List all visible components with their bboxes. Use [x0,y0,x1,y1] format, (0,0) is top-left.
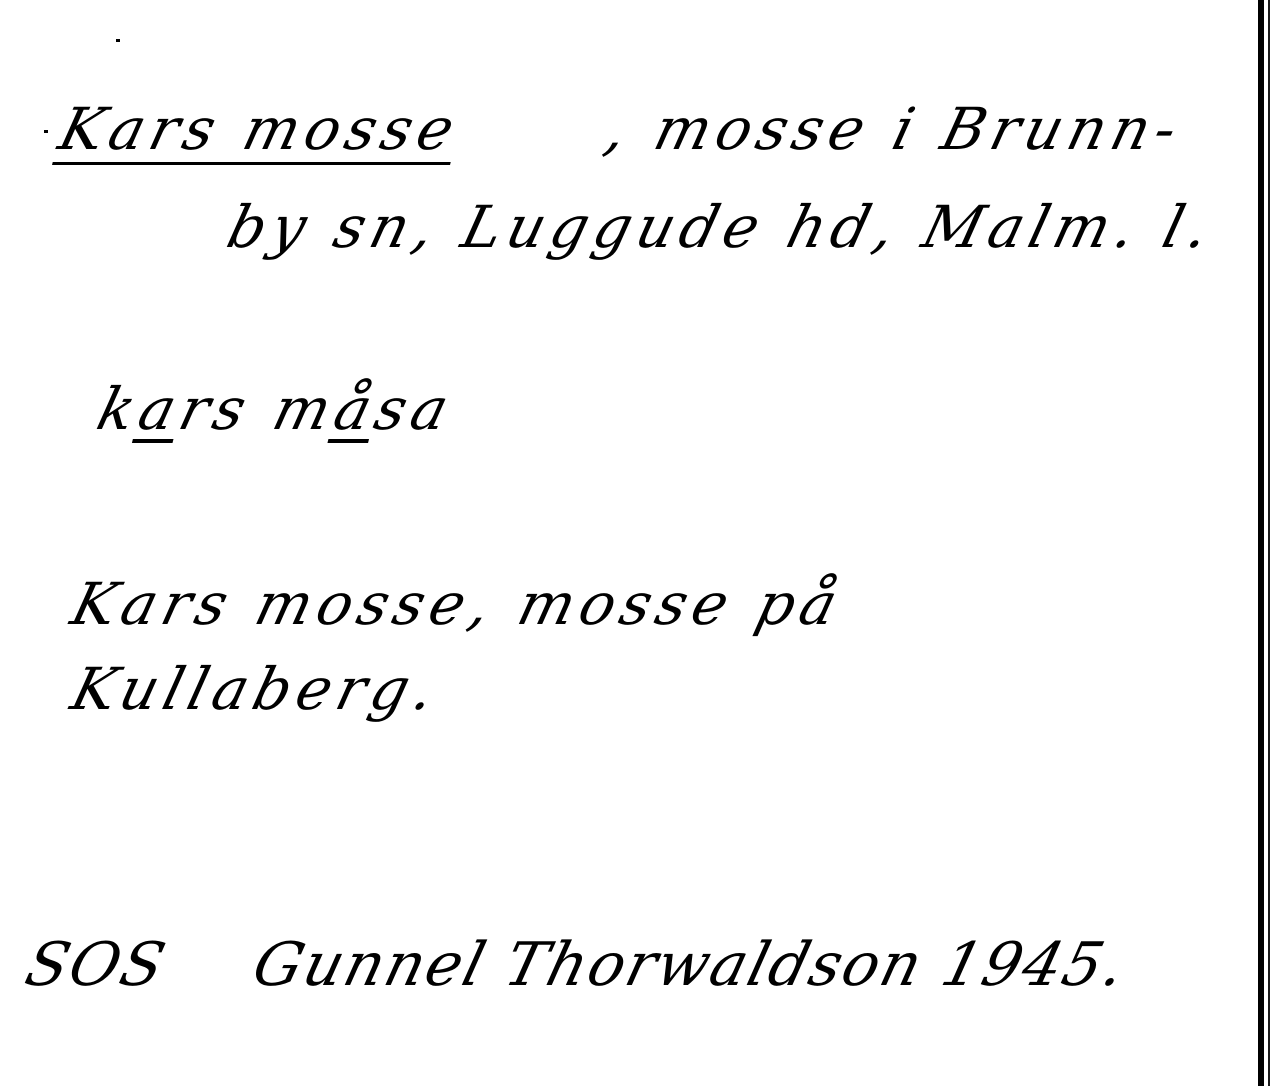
phonetic-transcription: kars måsa [92,380,460,438]
description-line-1: , mosse i Brunn- [600,100,1189,158]
collector-name: Gunnel Thorwaldson [246,930,931,1000]
description-line-2: by sn, Luggude hd, Malm. l. [222,198,1221,256]
archive-card: Kars mosse , mosse i Brunn- by sn, Luggu… [0,0,1270,1086]
alternate-entry-line-1: Kars mosse, mosse på [66,575,849,633]
ink-speck [44,130,48,133]
alternate-entry-line-2: Kullaberg. [66,660,446,718]
source-abbreviation: SOS [19,930,174,1000]
record-year: 1945. [935,930,1134,1000]
phonetic-part: sa [368,375,461,443]
phonetic-part: rs m [173,375,345,443]
card-edge-right [1258,0,1264,1086]
headword: Kars mosse [52,100,466,165]
signature-line: SOSGunnel Thorwaldson 1945. [20,935,1133,995]
ink-speck [116,39,120,42]
